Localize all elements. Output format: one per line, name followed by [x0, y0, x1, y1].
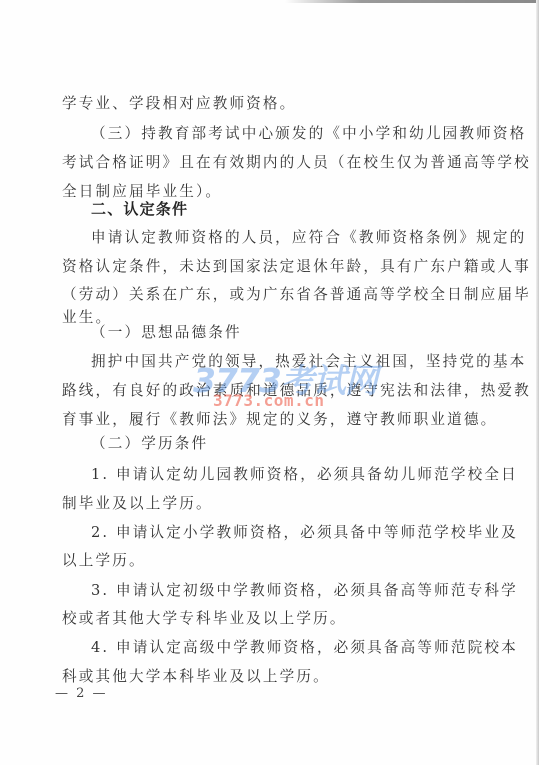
page-number: — 2 —: [55, 686, 108, 701]
document-page: 学专业、学段相对应教师资格。 （三）持教育部考试中心颁发的《中小学和幼儿园教师资…: [0, 0, 539, 765]
text-line: 2. 申请认定小学教师资格，必须具备中等师范学校毕业及: [91, 523, 518, 543]
text-line: 1. 申请认定幼儿园教师资格，必须具备幼儿师范学校全日: [91, 465, 518, 485]
text-line: 制毕业及以上学历。: [62, 494, 213, 514]
text-line: 育事业，履行《教师法》规定的义务，遵守教师职业道德。: [62, 410, 497, 430]
text-line: 学专业、学段相对应教师资格。: [62, 94, 296, 114]
text-line: 申请认定教师资格的人员，应符合《教师资格条例》规定的: [91, 228, 526, 248]
text-line: （三）持教育部考试中心颁发的《中小学和幼儿园教师资格: [91, 124, 526, 144]
subsection-heading: （一）思想品德条件: [91, 323, 242, 343]
text-line: 4. 申请认定高级中学教师资格，必须具备高等师范院校本: [91, 638, 518, 658]
text-line: 拥护中国共产党的领导，热爱社会主义祖国，坚持党的基本: [91, 352, 526, 372]
text-line: 考试合格证明》且在有效期内的人员（在校生仅为普通高等学校: [62, 153, 531, 173]
text-line: 资格认定条件，未达到国家法定退休年龄，具有广东户籍或人事: [62, 257, 531, 277]
text-line: 以上学历。: [62, 551, 146, 571]
text-line: 路线，有良好的政治素质和道德品质，遵守宪法和法律，热爱教: [62, 381, 531, 401]
text-line: 校或者其他大学专科毕业及以上学历。: [62, 609, 347, 629]
subsection-heading: （二）学历条件: [91, 434, 208, 454]
section-heading: 二、认定条件: [91, 199, 188, 219]
text-line: 科或其他大学本科毕业及以上学历。: [62, 667, 330, 687]
scan-top-shadow: [285, 0, 539, 3]
text-line: （劳动）关系在广东，或为广东省各普通高等学校全日制应届毕: [62, 285, 531, 305]
text-line: 3. 申请认定初级中学教师资格，必须具备高等师范专科学: [91, 581, 518, 601]
